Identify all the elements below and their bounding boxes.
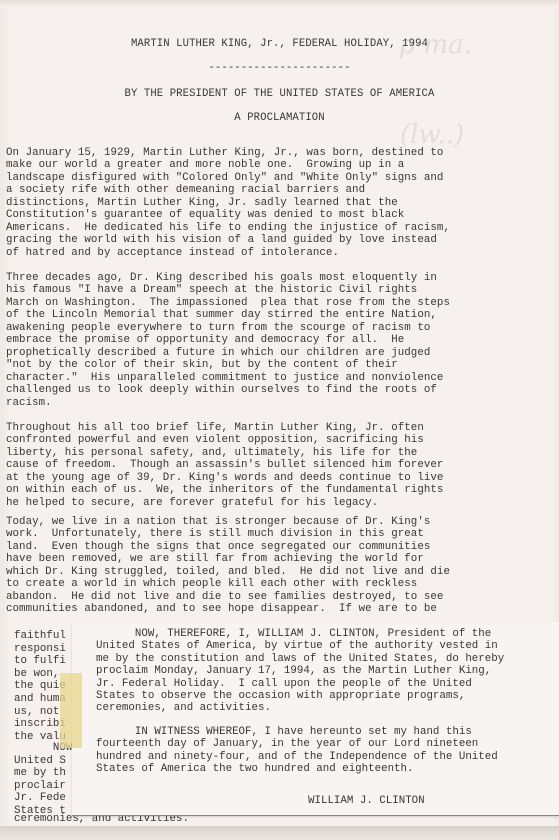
document-title: MARTIN LUTHER KING, Jr., FEDERAL HOLIDAY… <box>0 38 559 50</box>
yellow-tape <box>60 673 82 748</box>
signature: WILLIAM J. CLINTON <box>308 795 425 807</box>
title-rule: ---------------------- <box>0 62 559 74</box>
witness-paragraph: IN WITNESS WHEREOF, I have hereunto set … <box>96 726 498 776</box>
page-curl-top <box>0 0 559 8</box>
paragraph-2: Three decades ago, Dr. King described hi… <box>6 272 558 409</box>
faint-handwriting: (lw..) <box>400 120 464 150</box>
byline: BY THE PRESIDENT OF THE UNITED STATES OF… <box>0 88 559 100</box>
pasted-proclamation-overlay: NOW, THEREFORE, I, WILLIAM J. CLINTON, P… <box>72 622 559 816</box>
paragraph-4: Today, we live in a nation that is stron… <box>6 516 558 616</box>
proclamation-paragraph: NOW, THEREFORE, I, WILLIAM J. CLINTON, P… <box>96 628 504 715</box>
underlying-now-fragments: NOW, United S me by th proclair Jr. Fede… <box>14 742 79 818</box>
paragraph-1: On January 15, 1929, Martin Luther King,… <box>6 147 558 259</box>
proclamation-heading: A PROCLAMATION <box>0 112 559 124</box>
paragraph-3: Throughout his all too brief life, Marti… <box>6 422 558 509</box>
page-edge-bottom <box>0 826 559 840</box>
underlying-left-fragments: faithful responsi to fulfi be won, the q… <box>14 630 66 743</box>
